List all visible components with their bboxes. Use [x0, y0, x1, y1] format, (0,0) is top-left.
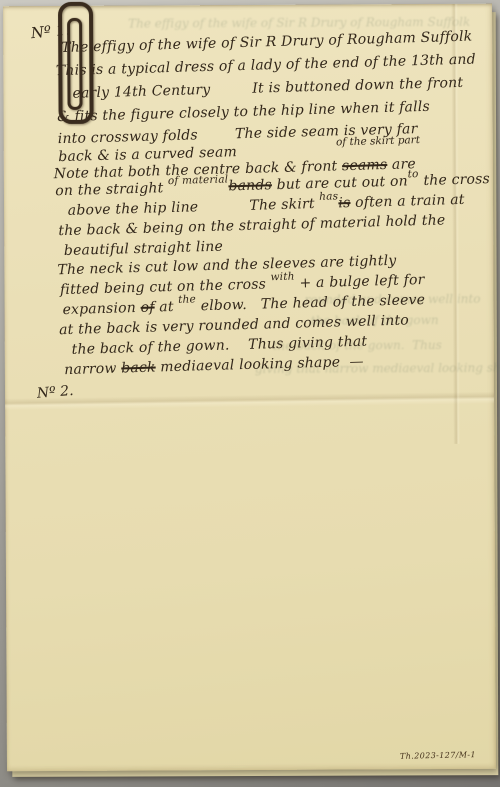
inserted-word: has	[319, 190, 338, 203]
line-text: but are cut out on	[272, 173, 408, 193]
handwritten-line: the back of the gown. Thus giving that	[72, 335, 368, 357]
handwritten-line: & fits the figure closely to the hip lin…	[57, 100, 430, 124]
line-text: elbow. The head of the sleeve	[196, 292, 426, 314]
line-text: fitted being cut on the cross	[60, 276, 271, 298]
accession-number: Th.2023-127/M-1	[400, 750, 476, 761]
handwritten-line: narrow back mediaeval looking shape —	[64, 355, 364, 377]
struck-word: back	[121, 360, 156, 377]
line-text: on the straight	[55, 180, 168, 199]
struck-word: of	[140, 300, 154, 316]
handwritten-line: early 14th Century It is buttoned down t…	[72, 76, 463, 101]
handwritten-line: This is a typical dress of a lady of the…	[56, 52, 476, 78]
note-number-label: Nº 2.	[36, 383, 74, 402]
line-text: expansion	[62, 300, 140, 318]
inserted-word: the	[178, 293, 196, 305]
handwritten-line: The effigy of the wife of Sir R Drury of…	[61, 30, 472, 55]
line-text: narrow	[64, 360, 121, 378]
line-text: the cross	[419, 171, 491, 189]
interline-insertion: of the skirt part	[336, 134, 420, 148]
line-text: at	[154, 299, 178, 316]
manuscript-page: The effigy of the wife of Sir R Drury of…	[3, 4, 496, 772]
inserted-word: of material	[168, 173, 229, 187]
line-text: + a bulge left for	[295, 272, 425, 292]
line-text: above the hip line The skirt	[68, 196, 320, 219]
line-text: mediaeval looking shape —	[155, 354, 363, 376]
struck-word: bands	[228, 177, 272, 194]
inserted-word: with	[270, 271, 294, 284]
struck-word: is	[338, 195, 351, 211]
struck-word: seams	[342, 157, 388, 174]
inserted-word: to	[407, 168, 418, 180]
handwritten-line: beautiful straight line	[64, 240, 223, 258]
line-text: often a train at	[350, 192, 465, 211]
paper-clip	[58, 2, 94, 124]
